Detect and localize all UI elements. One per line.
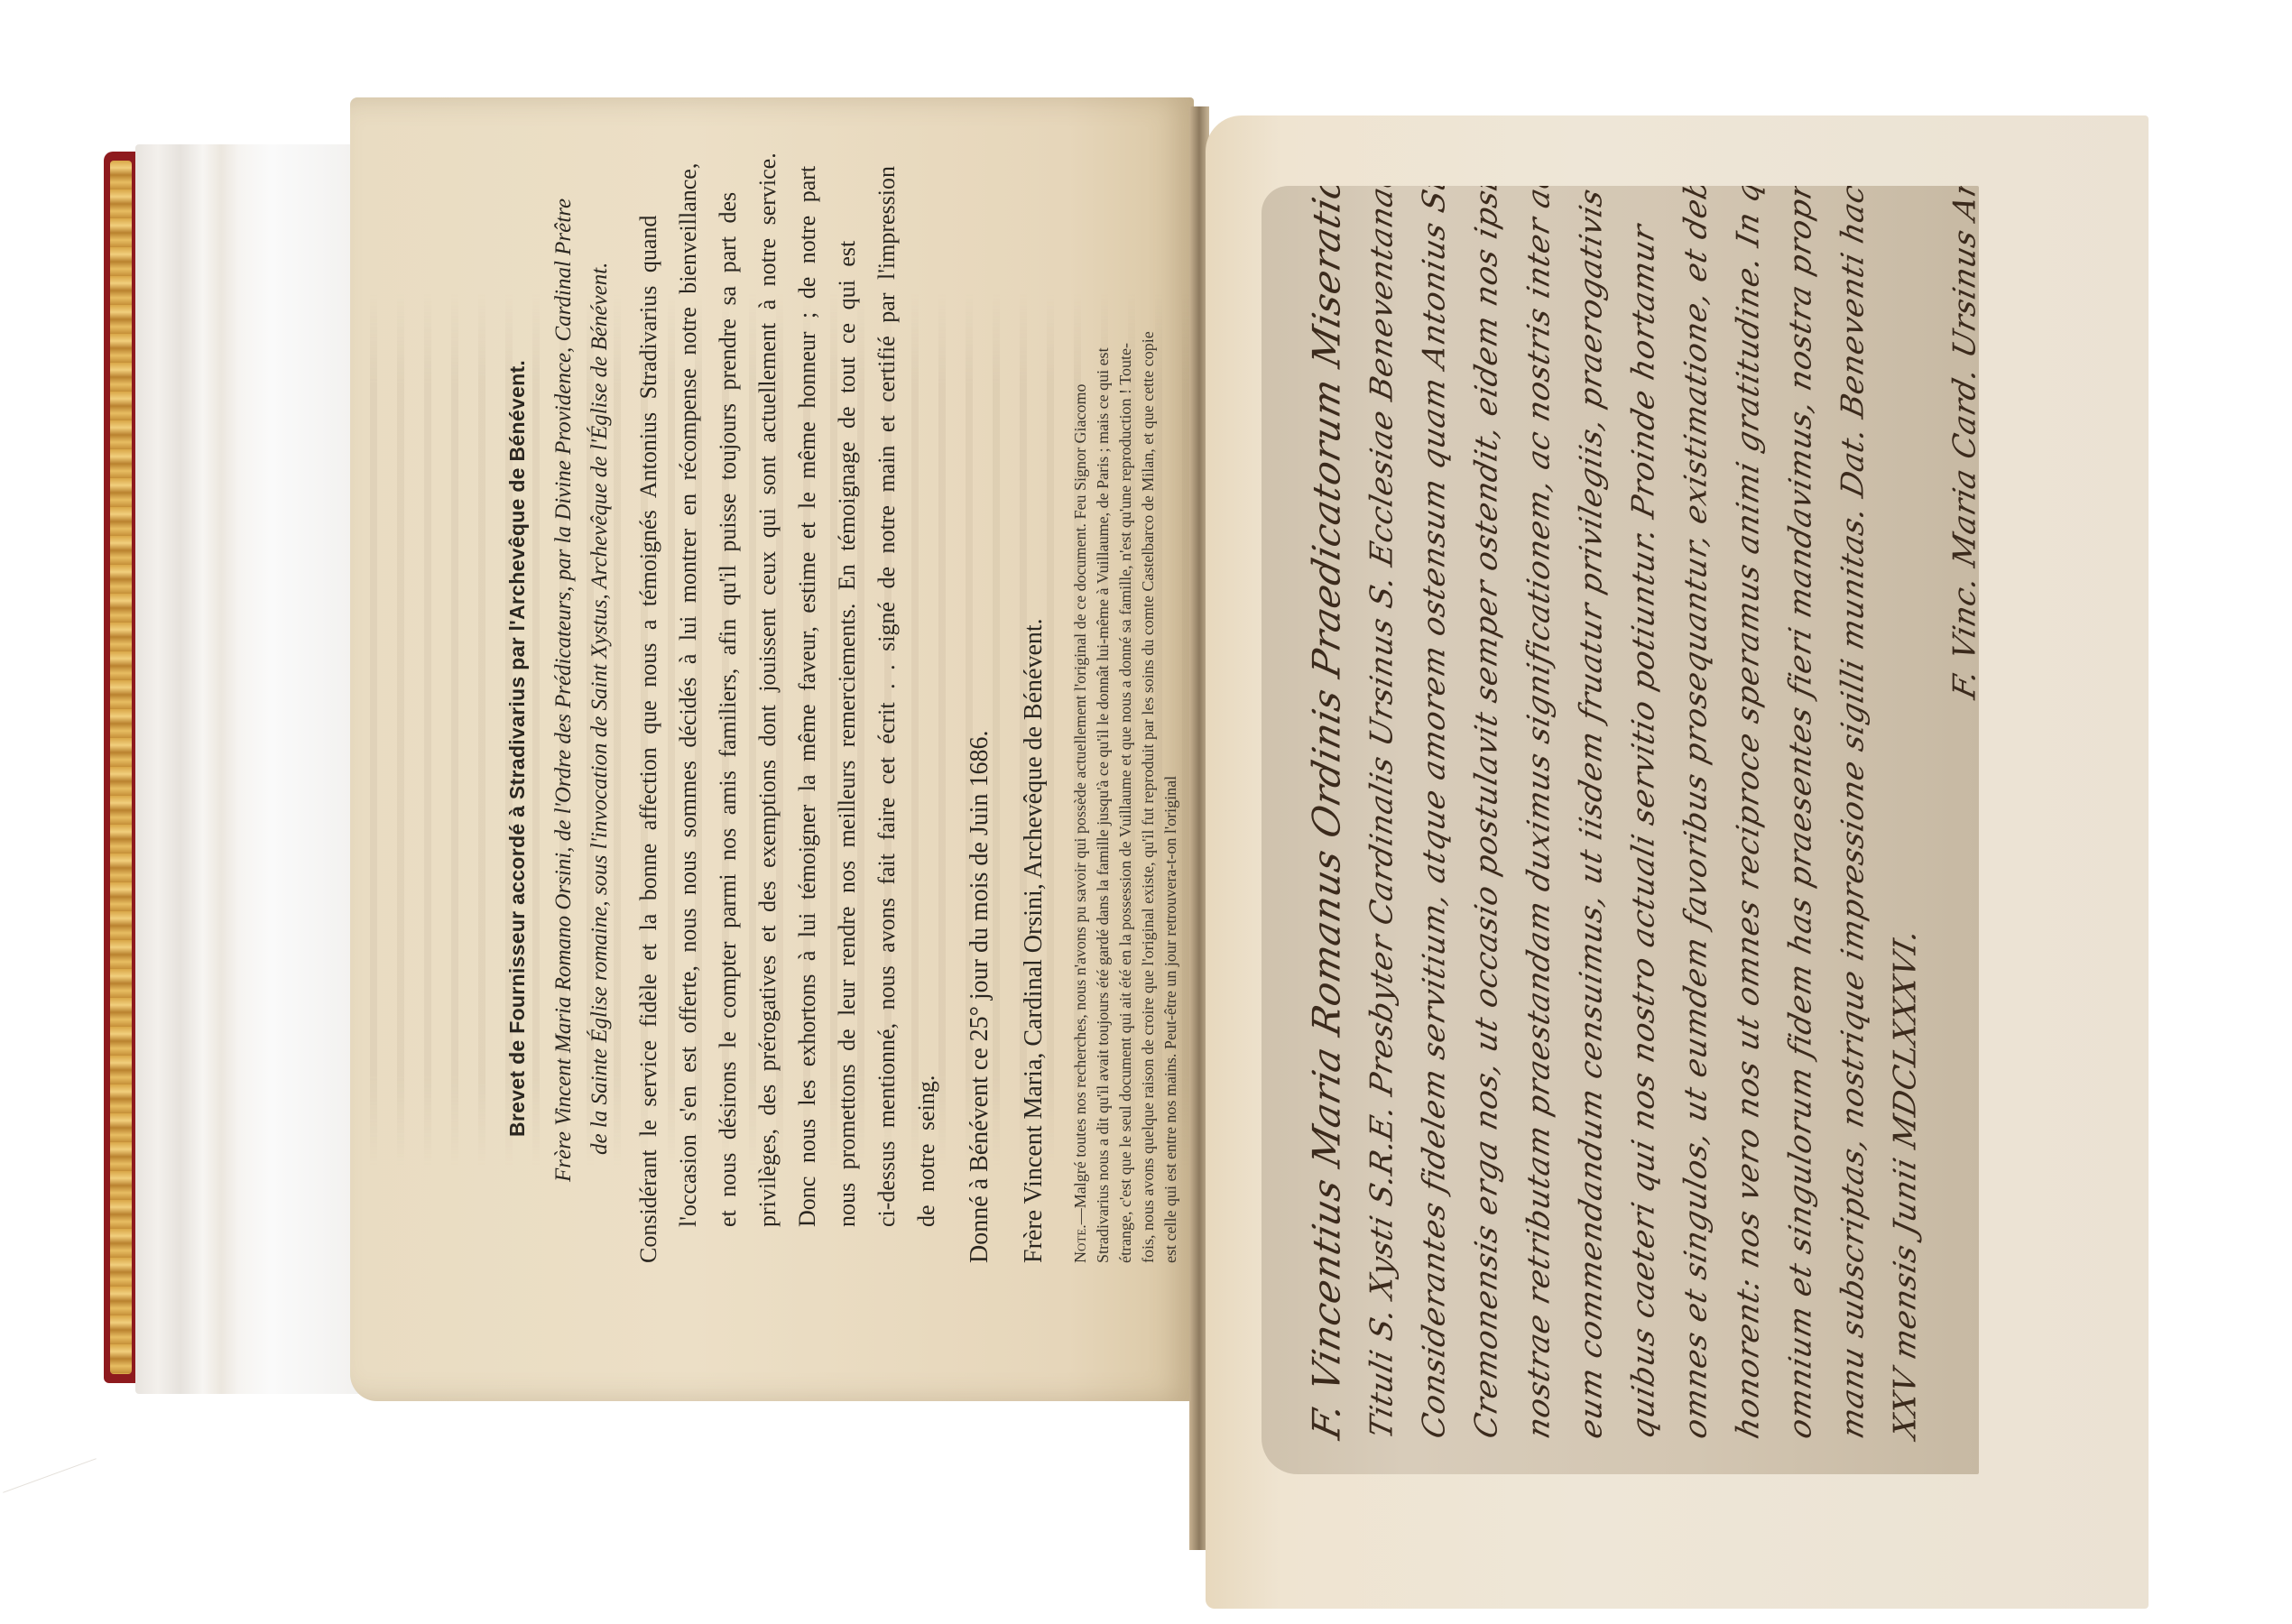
manuscript-line: Considerantes fidelem servitium, atque a… xyxy=(1409,215,1461,1444)
manuscript-line: Tituli S. Xysti S.R.E. Presbyter Cardina… xyxy=(1356,215,1409,1444)
manuscript-line: omnium et singulorum fidem has praesente… xyxy=(1775,215,1827,1444)
rotated-text-block: Brevet de Fournisseur accordé à Stradiva… xyxy=(505,271,1191,1263)
book-spine-binding xyxy=(104,152,138,1383)
footnote-line: fois, nous avons quelque raison de croir… xyxy=(1137,271,1160,1263)
manuscript-line: F. Vincentius Maria Romanus Ordinis Prae… xyxy=(1298,215,1356,1445)
left-page-text-region: Brevet de Fournisseur accordé à Stradiva… xyxy=(505,271,1191,1263)
manuscript-line: nostrae retributam praestandam duximus s… xyxy=(1513,215,1566,1444)
footnote-label: Note. xyxy=(1071,1224,1089,1263)
footnote-line: est celle qui est entre nos mains. Peut-… xyxy=(1160,271,1182,1263)
footnote-line: étrange, c'est que le seul document qui … xyxy=(1114,271,1137,1263)
body-line: et nous désirons le compter parmi nos am… xyxy=(708,271,748,1227)
manuscript-line: Cremonensis erga nos, ut occasio postula… xyxy=(1461,215,1513,1444)
document-title: Brevet de Fournisseur accordé à Stradiva… xyxy=(505,271,530,1137)
body-line: Considérant le service fidèle et la bonn… xyxy=(629,271,669,1263)
body-line: privilèges, des prérogatives et des exem… xyxy=(748,271,788,1227)
manuscript-line: honorent: nos vero nos ut omnes reciproc… xyxy=(1723,215,1775,1444)
page-stack-edge xyxy=(135,144,361,1394)
footnote: Note.—Malgré toutes nos recherches, nous… xyxy=(1069,271,1092,1263)
footnote-line: —Malgré toutes nos recherches, nous n'av… xyxy=(1071,383,1089,1224)
body-line: Donc nous les exhortons à lui témoigner … xyxy=(788,271,827,1227)
manuscript-signature: F. Vinc. Maria Card. Ursinus Archiepisco… xyxy=(1939,215,1980,704)
manuscript-line: XXV mensis Junii MDCLXXXVI. xyxy=(1880,215,1932,1444)
body-line: l'occasion s'en est offerte, nous nous s… xyxy=(669,271,708,1227)
body-line: nous promettons de leur rendre nos meill… xyxy=(827,271,867,1227)
manuscript-line: eum commendandum censuimus, ut iisdem fr… xyxy=(1566,215,1618,1444)
manuscript-text-block: F. Vincentius Maria Romanus Ordinis Prae… xyxy=(1262,186,1980,1474)
body-line: de notre seing. xyxy=(907,271,947,1227)
background-mark xyxy=(3,1458,97,1493)
signature-line: Frère Vincent Maria, Cardinal Orsini, Ar… xyxy=(1013,271,1055,1263)
body-line: ci-dessus mentionné, nous avons fait fai… xyxy=(867,271,907,1227)
manuscript-line: quibus caeteri qui nos nostro actuali se… xyxy=(1618,215,1670,1444)
date-line: Donné à Bénévent ce 25° jour du mois de … xyxy=(959,271,1001,1263)
intro-line: de la Sainte Église romaine, sous l'invo… xyxy=(582,271,618,1155)
gilt-edge-decoration xyxy=(110,161,132,1374)
intro-line: Frère Vincent Maria Romano Orsini, de l'… xyxy=(546,271,582,1182)
footnote-line: Stradivarius nous a dit qu'il avait touj… xyxy=(1092,271,1114,1263)
manuscript-line: omnes et singulos, ut eumdem favoribus p… xyxy=(1670,215,1723,1444)
manuscript-line: manu subscriptas, nostrique impressione … xyxy=(1827,215,1880,1444)
manuscript-facsimile: F. Vincentius Maria Romanus Ordinis Prae… xyxy=(1262,186,1979,1474)
